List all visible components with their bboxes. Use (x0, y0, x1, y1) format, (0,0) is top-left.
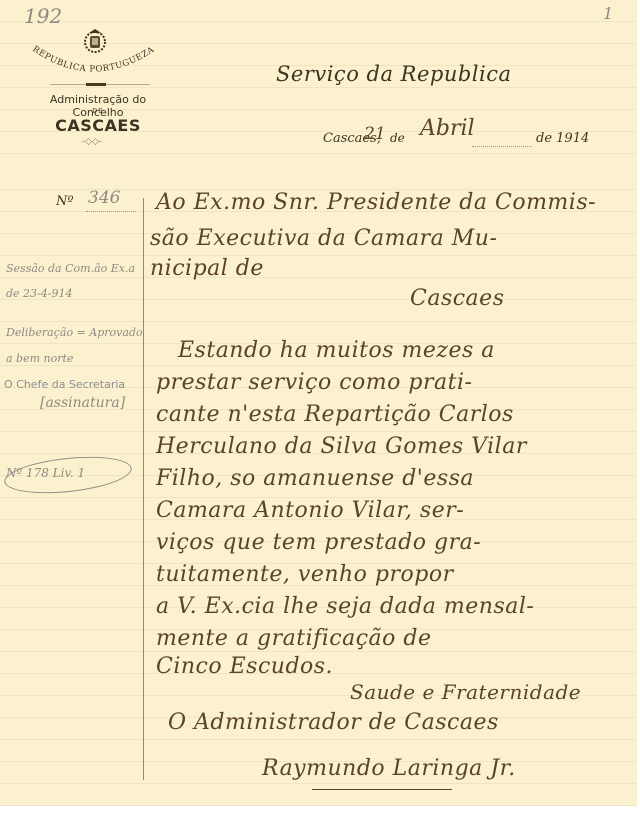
margin-rule (143, 198, 144, 780)
body-line-7: viços que tem prestado gra- (156, 530, 481, 555)
body-line-8: tuitamente, venho propor (156, 562, 454, 587)
body-line-1: Estando ha muitos mezes a (178, 338, 495, 363)
salutation-line-1: Ao Ex.mo Snr. Presidente da Commis- (156, 190, 596, 215)
dateline-de-2: de (536, 131, 552, 146)
addressee: Cascaes (410, 286, 505, 311)
secretary-stamp: O Chefe da Secretaria (4, 378, 125, 391)
body-line-2: prestar serviço como prati- (156, 370, 472, 395)
dateline-year-value: 1914 (556, 131, 589, 146)
signer-title: O Administrador de Cascaes (168, 710, 499, 735)
margin-note-date: de 23-4-914 (6, 287, 72, 300)
svg-text:REPUBLICA PORTUGUEZA: REPUBLICA PORTUGUEZA (30, 44, 156, 74)
reference-dotted-rule (86, 211, 136, 212)
dateline-year: de 1914 (536, 131, 589, 146)
body-line-9: a V. Ex.cia lhe seja dada mensal- (156, 594, 534, 619)
signature-underline (312, 789, 452, 790)
secretary-signature: [assinatura] (40, 395, 125, 411)
letterhead-divider-accent (86, 83, 106, 86)
salutation-line-2: são Executiva da Camara Mu- (150, 226, 497, 251)
dateline-day: 21 (364, 124, 386, 144)
reference-number: 346 (88, 188, 120, 208)
de-label: DE (28, 108, 168, 115)
body-line-5: Filho, so amanuense d'essa (156, 466, 474, 491)
margin-note-deliberation: Deliberação = Aprovado (6, 326, 143, 339)
folio-number: 192 (24, 4, 62, 28)
body-line-10: mente a gratificação de (156, 626, 432, 651)
body-line-6: Camara Antonio Vilar, ser- (156, 498, 464, 523)
salutation-line-3: nicipal de (150, 256, 264, 281)
margin-note-session: Sessão da Com.ão Ex.a (6, 262, 135, 275)
margin-note-continuation: a bem norte (6, 352, 73, 365)
ornament-icon: -◇◇- (82, 137, 102, 147)
republica-portugueza-arc: REPUBLICA PORTUGUEZA (22, 38, 172, 88)
page-number: 1 (603, 4, 613, 23)
service-heading: Serviço da Republica (276, 62, 512, 86)
dateline-month: Abril (420, 116, 475, 141)
reference-label: Nº (56, 194, 74, 209)
dateline-dotted-rule (472, 146, 532, 147)
dateline-de: de (390, 131, 405, 145)
registry-reference: Nº 178 Liv. 1 (6, 466, 85, 480)
closing-greeting: Saude e Fraternidade (350, 680, 581, 704)
body-line-11: Cinco Escudos. (156, 654, 333, 679)
document-page: 192 1 REPUBLICA PORTUGUEZA Administração… (0, 0, 637, 806)
body-line-4: Herculano da Silva Gomes Vilar (156, 434, 527, 459)
administrator-signature: Raymundo Laringa Jr. (262, 756, 516, 781)
municipality-title: CASCAES (28, 116, 168, 135)
body-line-3: cante n'esta Repartição Carlos (156, 402, 514, 427)
